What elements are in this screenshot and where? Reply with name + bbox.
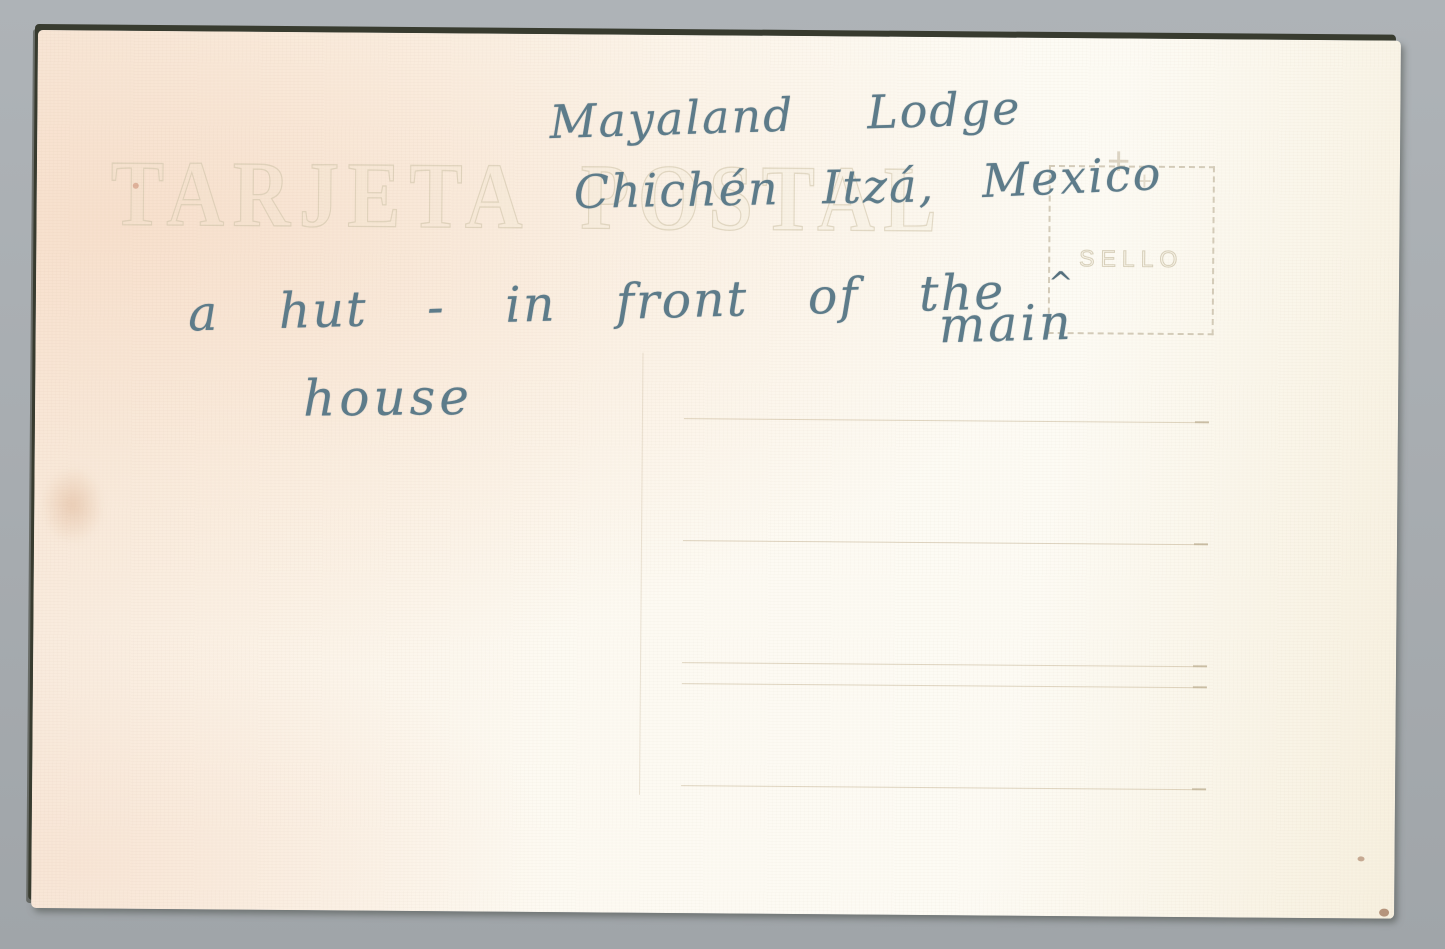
handwriting-caret-mark: ^ [1048,266,1073,301]
embossed-word-tarjeta: TARJETA [110,142,531,249]
paper-stain [40,466,105,545]
handwriting-message-line2: house [303,368,473,428]
handwriting-address-line2: Chichén Itzá, [573,158,935,219]
handwriting-message-line1-end: main [938,294,1074,355]
stamp-sello-label: SELLO [1050,245,1212,273]
handwriting-message-line1: a hut - in front of the [187,263,1006,342]
postcard-back: TARJETAPOSTAL + + SELLO Mayaland Lodge C… [31,30,1401,919]
handwriting-country: Mexico [981,146,1164,208]
address-divider-line [639,353,643,795]
address-line-1 [684,418,1209,423]
paper-speck [133,183,139,189]
address-line-2 [683,540,1208,545]
address-line-4 [682,683,1207,688]
address-line-3 [682,662,1207,667]
address-line-5 [681,785,1206,790]
paper-speck [1379,909,1389,917]
paper-speck [1358,856,1365,861]
handwriting-address-line1: Mayaland Lodge [549,81,1023,149]
